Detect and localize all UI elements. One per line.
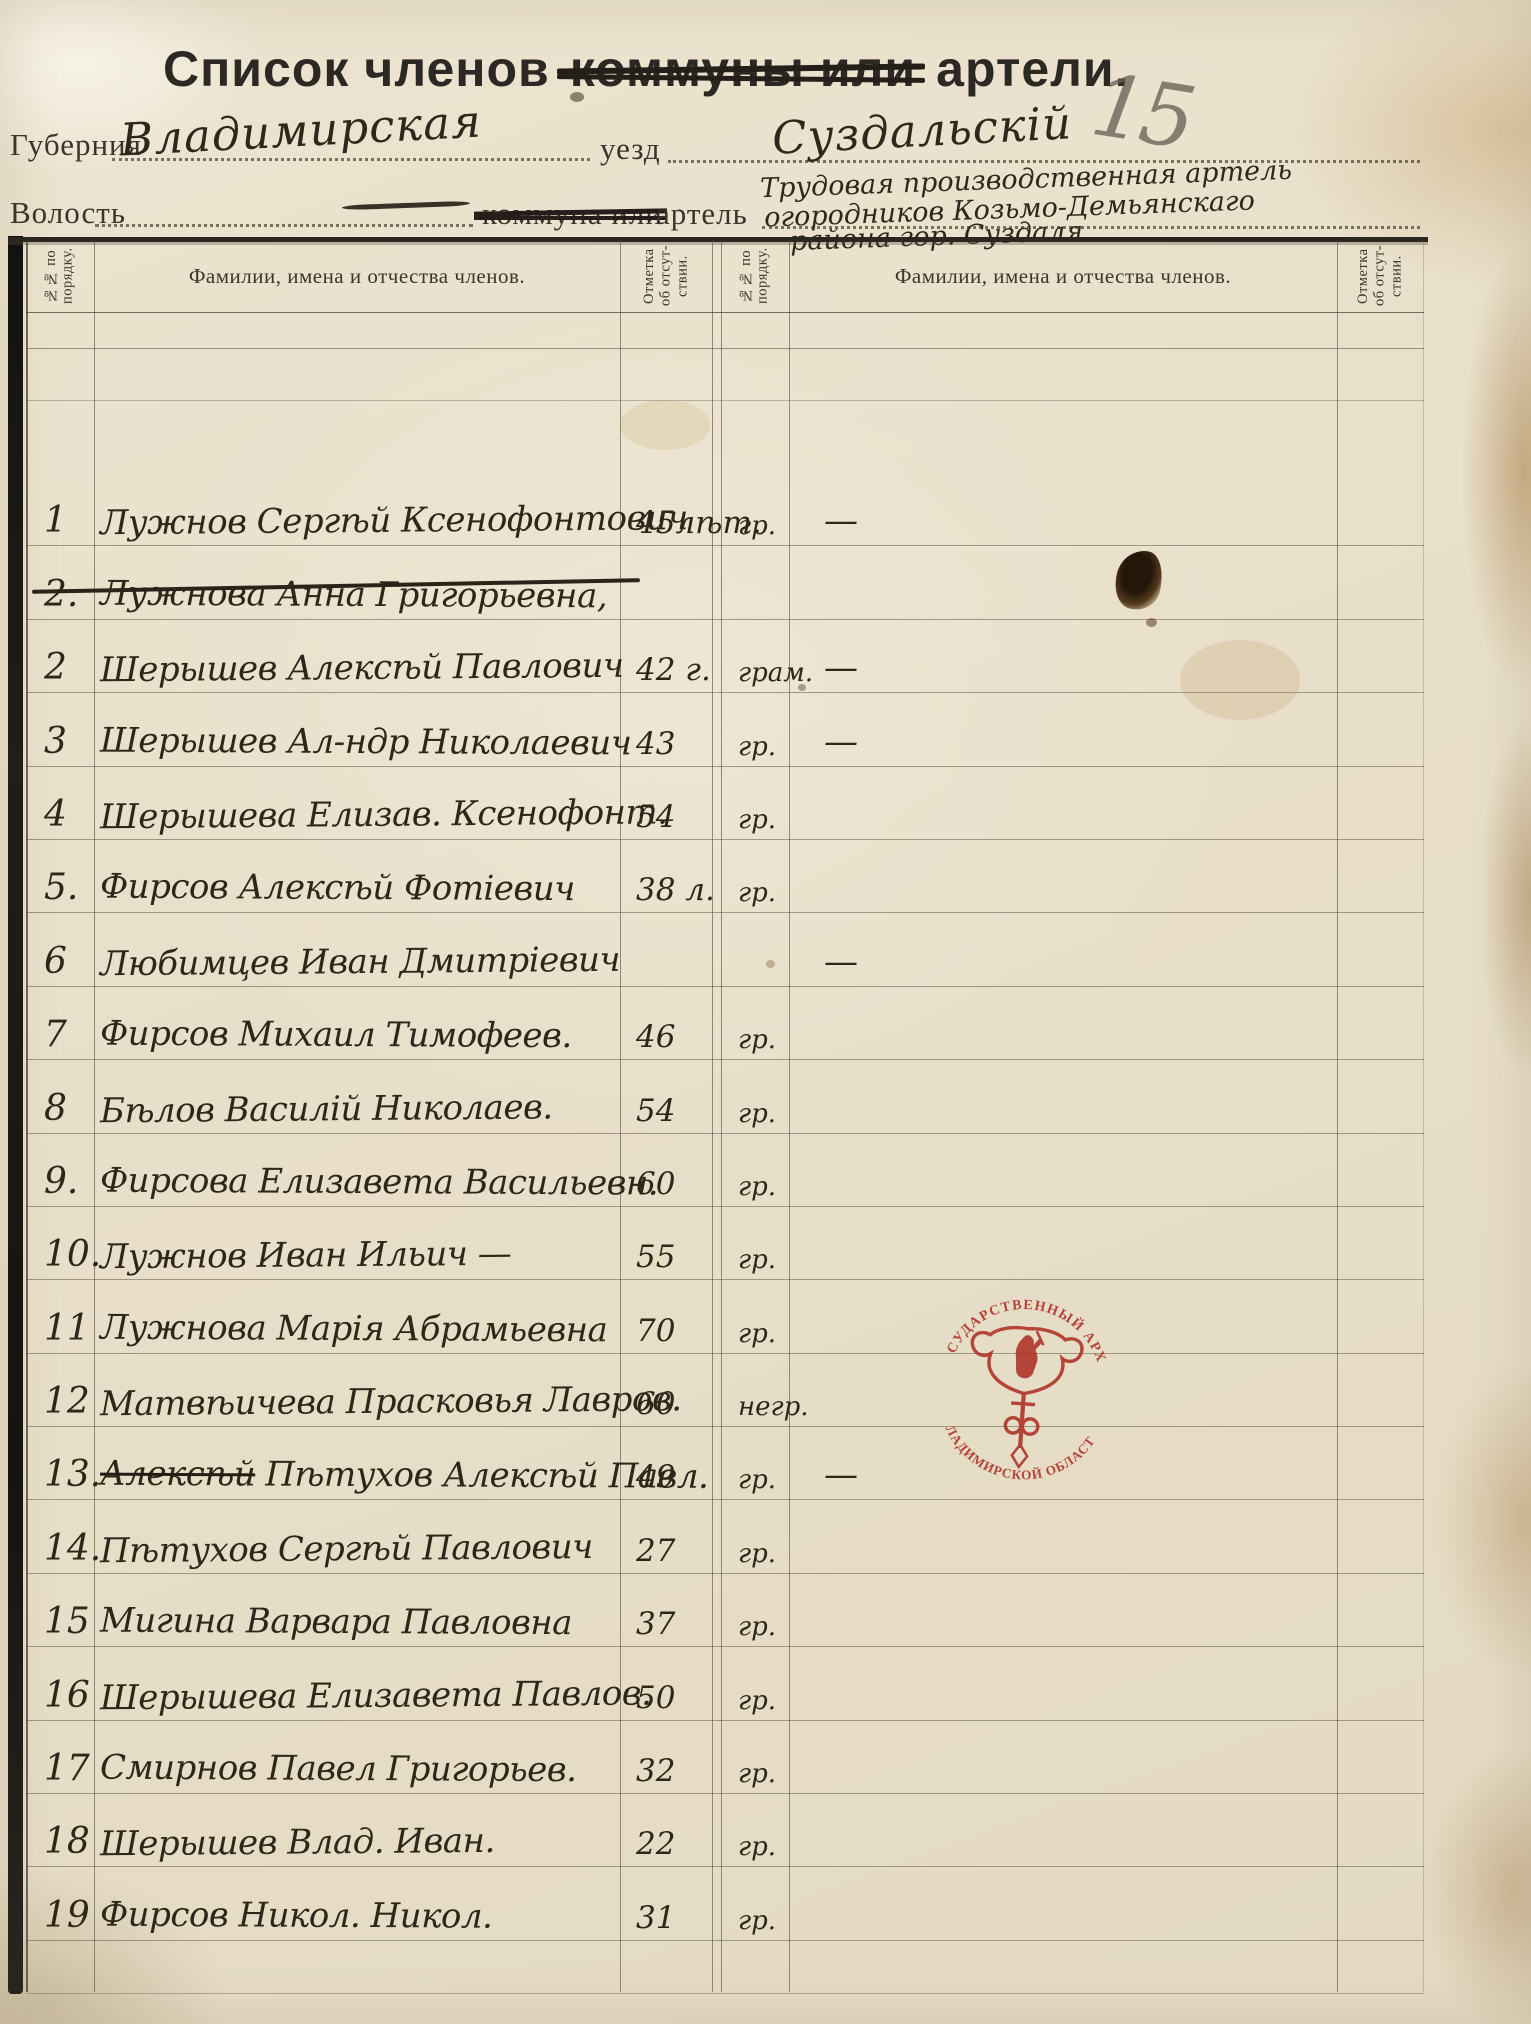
age-value: 22 xyxy=(636,1826,728,1862)
member-name: Шерышев Влад. Иван. xyxy=(100,1820,628,1865)
page-number: 15 xyxy=(1085,55,1197,169)
header-number-col-left: №№ по порядку. xyxy=(26,240,94,312)
ink-spot xyxy=(1146,618,1157,627)
member-name: Фирсов Алексѣй Фотіевич xyxy=(100,867,628,910)
row-number: 16 xyxy=(44,1675,100,1716)
ink-spot xyxy=(570,92,584,102)
member-name: Шерышев Алексѣй Павлович xyxy=(100,646,628,691)
age-value: 60 xyxy=(636,1386,728,1422)
kommuna-struck-words: коммуна или xyxy=(482,196,663,231)
member-name: Фирсова Елизавета Васильевн. xyxy=(100,1161,628,1204)
volost-line xyxy=(95,224,473,227)
row-number: 9. xyxy=(44,1161,100,1202)
title-struck-words: коммуны или xyxy=(567,40,919,98)
row-number: 3 xyxy=(44,721,100,762)
age-value: 42 г. xyxy=(636,652,728,688)
row-number: 6 xyxy=(44,941,100,982)
row-number: 7 xyxy=(44,1014,100,1055)
table-row: 14. Пѣтухов Сергѣй Павлович 27 гр. xyxy=(26,1500,1424,1573)
archive-stamp: ГОСУДАРСТВЕННЫЙ АРХИВ ВЛАДИМИРСКОЙ ОБЛАС… xyxy=(922,1266,1126,1517)
table-hline xyxy=(26,400,1424,401)
table-row: 15 Мигина Варвара Павловна 37 гр. xyxy=(26,1574,1424,1647)
stain xyxy=(620,400,710,450)
table-row: 7 Фирсов Михаил Тимофеев. 46 гр. xyxy=(26,987,1424,1060)
table-row: 1 Лужнов Сергѣй Ксенофонтович 45лѣт. гр.… xyxy=(26,473,1424,546)
literacy-mark: грам. xyxy=(738,658,808,688)
right-column-dash: — xyxy=(808,722,1364,762)
member-name: Шерышева Елизав. Ксенофонт. xyxy=(100,793,628,838)
table-row: 4 Шерышева Елизав. Ксенофонт. 54 гр. xyxy=(26,767,1424,840)
table-row: 2. Лужнова Анна Григорьевна, xyxy=(26,546,1424,619)
literacy-mark: гр. xyxy=(738,732,808,762)
stain xyxy=(1180,640,1300,720)
document-page: Список членов коммуны или артели. 15 Губ… xyxy=(0,0,1531,2024)
member-name: Фирсов Никол. Никол. xyxy=(100,1894,628,1937)
stamp-emblem xyxy=(964,1325,1083,1471)
artel-label: артель xyxy=(656,196,748,232)
row-number: 2. xyxy=(44,574,100,615)
row-number: 1 xyxy=(44,500,100,541)
ink-spot xyxy=(798,684,806,691)
age-value: 43 xyxy=(636,726,728,762)
right-column-dash: — xyxy=(808,942,1364,982)
literacy-mark: негр. xyxy=(738,1392,808,1422)
header-absence-col-right: Отметка об отсут- ствии. xyxy=(1337,240,1424,312)
uezd-value: Суздальскій xyxy=(771,96,1073,165)
age-value: 55 xyxy=(636,1239,728,1275)
row-number: 17 xyxy=(44,1748,100,1789)
header-bottom-line xyxy=(26,312,1424,313)
member-name: Матвѣичева Прасковья Лавров. xyxy=(100,1380,628,1425)
table-row: 12 Матвѣичева Прасковья Лавров. 60 негр. xyxy=(26,1354,1424,1427)
age-value: 70 xyxy=(636,1313,728,1349)
table-row: 13. АлексѣйПѣтухов Алексѣй Павл. 49 гр. … xyxy=(26,1427,1424,1500)
row-number: 18 xyxy=(44,1821,100,1862)
age-value: 54 xyxy=(636,799,728,835)
row-number: 13. xyxy=(44,1454,100,1495)
age-value: 50 xyxy=(636,1680,728,1716)
page-title: Список членов коммуны или артели. xyxy=(163,40,1130,98)
header-number-col-right: №№ по порядку. xyxy=(721,240,789,312)
literacy-mark: гр. xyxy=(738,1245,808,1275)
table-row: 9. Фирсова Елизавета Васильевн. 60 гр. xyxy=(26,1134,1424,1207)
age-value: 46 xyxy=(636,1019,728,1055)
literacy-mark: гр. xyxy=(738,1612,808,1642)
table-row: 16 Шерышева Елизавета Павлов. 50 гр. xyxy=(26,1647,1424,1720)
row-number: 19 xyxy=(44,1895,100,1936)
age-value: 45лѣт. xyxy=(636,505,728,541)
table-hline xyxy=(26,1993,1424,1994)
row-number: 5. xyxy=(44,867,100,908)
row-number: 11 xyxy=(44,1308,100,1349)
table-row: 18 Шерышев Влад. Иван. 22 гр. xyxy=(26,1794,1424,1867)
table-row: 11 Лужнова Марія Абрамьевна 70 гр. xyxy=(26,1280,1424,1353)
age-value: 31 xyxy=(636,1900,728,1936)
literacy-mark: гр. xyxy=(738,1465,808,1495)
literacy-mark: гр. xyxy=(738,1906,808,1936)
table-row: 8 Бѣлов Василій Николаев. 54 гр. xyxy=(26,1060,1424,1133)
right-column-dash: — xyxy=(808,501,1364,541)
member-name: Смирнов Павел Григорьев. xyxy=(100,1748,628,1791)
literacy-mark: гр. xyxy=(738,511,808,541)
member-name: Лужнов Сергѣй Ксенофонтович xyxy=(100,499,628,544)
member-name: Лужнов Иван Ильич — xyxy=(100,1233,628,1278)
member-name: Шерышев Ал-ндр Николаевич xyxy=(100,720,628,763)
guberniya-value: Владимирская xyxy=(119,95,483,167)
row-number: 4 xyxy=(44,794,100,835)
row-number: 12 xyxy=(44,1381,100,1422)
title-prefix: Список членов xyxy=(163,40,550,98)
row-number: 2 xyxy=(44,647,100,688)
age-value: 27 xyxy=(636,1533,728,1569)
row-number: 15 xyxy=(44,1601,100,1642)
literacy-mark: гр. xyxy=(738,1099,808,1129)
table-header: №№ по порядку. Фамилии, имена и отчества… xyxy=(26,240,1424,312)
row-number: 10. xyxy=(44,1234,100,1275)
age-value: 54 xyxy=(636,1093,728,1129)
header-absence-col-left: Отметка об отсут- ствии. xyxy=(620,240,712,312)
uezd-label: уезд xyxy=(600,131,661,167)
ink-spot xyxy=(766,960,775,968)
table-row: 19 Фирсов Никол. Никол. 31 гр. xyxy=(26,1867,1424,1940)
literacy-mark: гр. xyxy=(738,1539,808,1569)
header-names-col-left: Фамилии, имена и отчества членов. xyxy=(94,240,620,312)
row-number: 14. xyxy=(44,1528,100,1569)
member-name: Шерышева Елизавета Павлов. xyxy=(100,1673,628,1718)
row-number: 8 xyxy=(44,1088,100,1129)
literacy-mark: гр. xyxy=(738,1025,808,1055)
binding-edge xyxy=(8,236,23,1994)
member-name: АлексѣйПѣтухов Алексѣй Павл. xyxy=(100,1454,628,1497)
member-name: Лужнова Марія Абрамьевна xyxy=(100,1307,628,1350)
age-value: 49 xyxy=(636,1459,728,1495)
literacy-mark: гр. xyxy=(738,805,808,835)
table-row: 5. Фирсов Алексѣй Фотіевич 38 л. гр. xyxy=(26,840,1424,913)
age-value: 38 л. xyxy=(636,872,728,908)
literacy-mark: гр. xyxy=(738,1832,808,1862)
header-names-col-right: Фамилии, имена и отчества членов. xyxy=(789,240,1337,312)
table-hline xyxy=(26,348,1424,349)
literacy-mark: гр. xyxy=(738,1172,808,1202)
age-value: 37 xyxy=(636,1606,728,1642)
age-value: 32 xyxy=(636,1753,728,1789)
literacy-mark: гр. xyxy=(738,1319,808,1349)
literacy-mark: гр. xyxy=(738,878,808,908)
member-name: Фирсов Михаил Тимофеев. xyxy=(100,1014,628,1057)
member-name: Бѣлов Василій Николаев. xyxy=(100,1086,628,1131)
struck-word: Алексѣй xyxy=(100,1454,255,1495)
literacy-mark: гр. xyxy=(738,1759,808,1789)
member-name: Пѣтухов Сергѣй Павлович xyxy=(100,1527,628,1572)
literacy-mark: гр. xyxy=(738,1686,808,1716)
member-name: Любимцев Иван Дмитріевич xyxy=(100,939,628,984)
table-row: 17 Смирнов Павел Григорьев. 32 гр. xyxy=(26,1721,1424,1794)
age-value: 60 xyxy=(636,1166,728,1202)
member-name: Мигина Варвара Павловна xyxy=(100,1601,628,1644)
table-row: 10. Лужнов Иван Ильич — 55 гр. xyxy=(26,1207,1424,1280)
table-row: 6 Любимцев Иван Дмитріевич — xyxy=(26,913,1424,986)
volost-dash xyxy=(342,201,470,210)
